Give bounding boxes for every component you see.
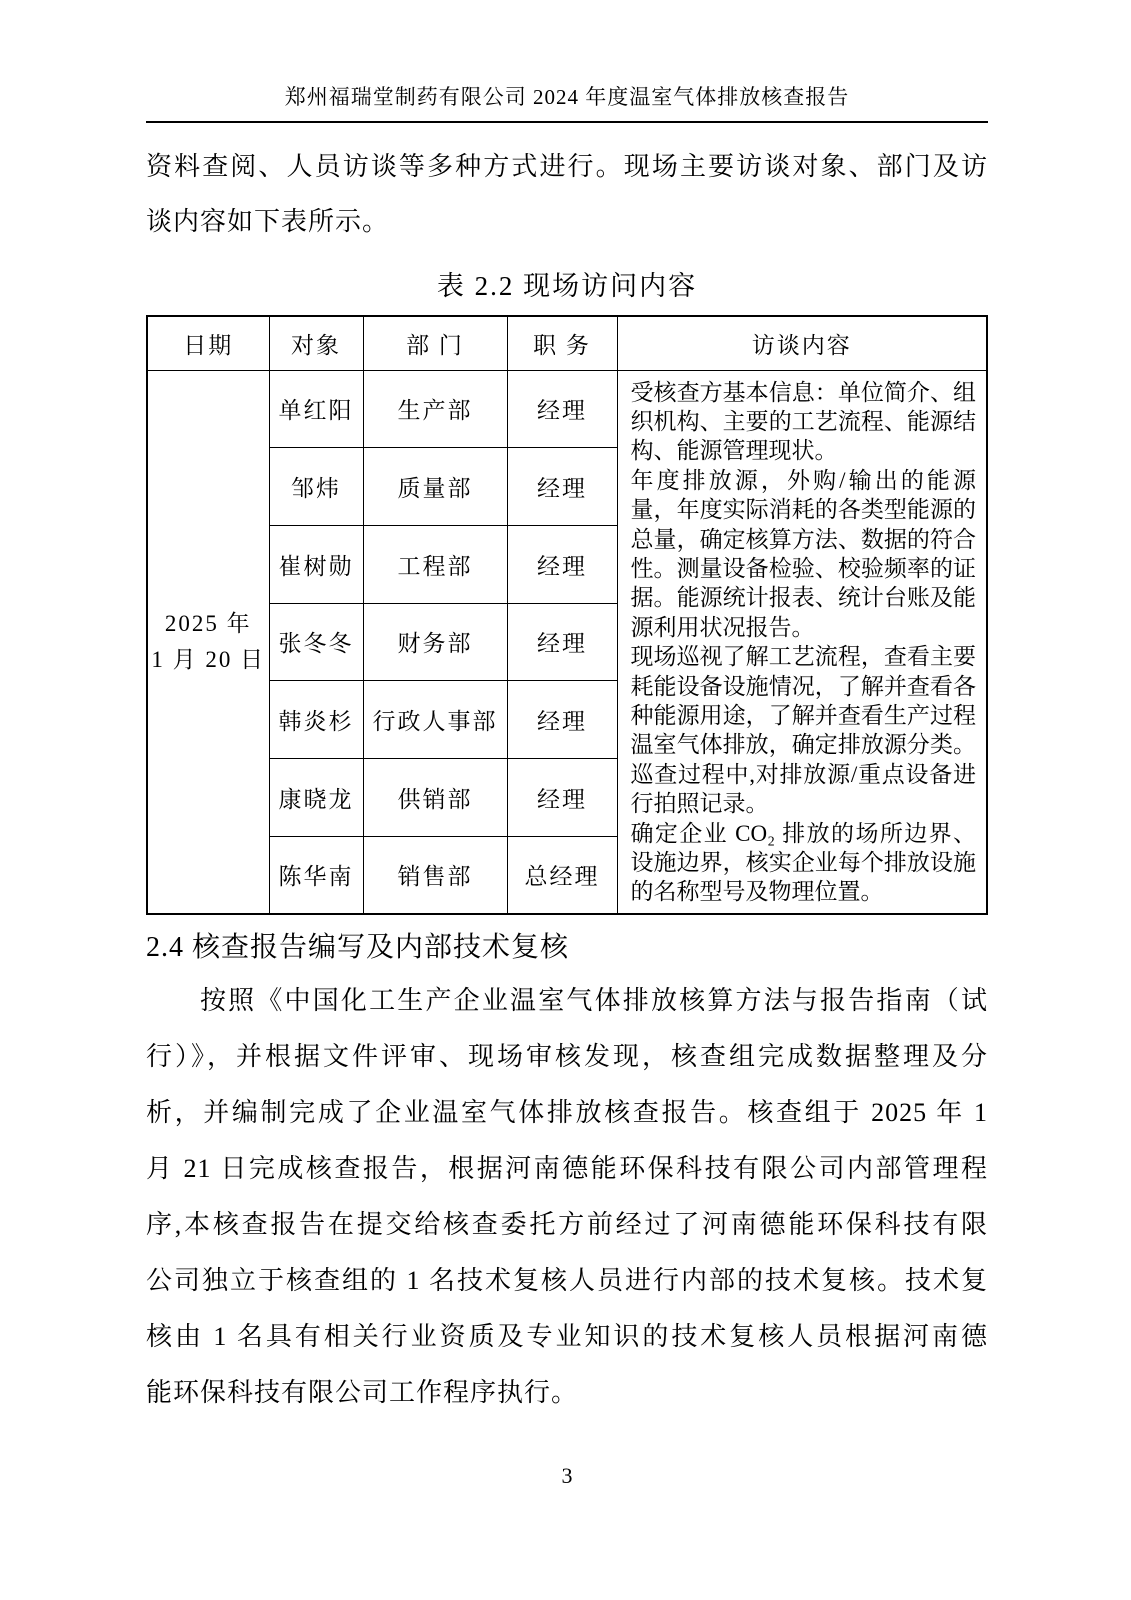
title-cell: 经理	[507, 758, 617, 836]
body-line: 月 21 日完成核查报告，根据河南德能环保科技有限公司内部管理程	[146, 1141, 988, 1197]
interview-paragraph-3: 现场巡视了解工艺流程，查看主要耗能设备设施情况，了解并查看各种能源用途，了解并查…	[631, 642, 977, 818]
intro-line-2: 谈内容如下表所示。	[146, 194, 988, 249]
dept-cell: 质量部	[363, 448, 507, 526]
title-cell: 经理	[507, 681, 617, 759]
date-line-2: 1 月 20 日	[148, 642, 269, 678]
person-cell: 张冬冬	[269, 603, 363, 681]
dept-cell: 供销部	[363, 758, 507, 836]
title-cell: 经理	[507, 603, 617, 681]
date-line-1: 2025 年	[148, 606, 269, 642]
person-cell: 崔树勋	[269, 525, 363, 603]
intro-line-1: 资料查阅、人员访谈等多种方式进行。现场主要访谈对象、部门及访	[146, 139, 988, 194]
person-cell: 陈华南	[269, 836, 363, 914]
visit-table: 日期 对象 部 门 职 务 访谈内容 2025 年 1 月 20 日 单红阳 生…	[146, 315, 988, 915]
body-line: 行）》，并根据文件评审、现场审核发现，核查组完成数据整理及分	[146, 1029, 988, 1085]
body-line: 能环保科技有限公司工作程序执行。	[146, 1365, 988, 1421]
section-paragraph: 按照《中国化工生产企业温室气体排放核算方法与报告指南（试 行）》，并根据文件评审…	[146, 973, 988, 1421]
body-line: 按照《中国化工生产企业温室气体排放核算方法与报告指南（试	[146, 973, 988, 1029]
title-cell: 经理	[507, 448, 617, 526]
dept-cell: 工程部	[363, 525, 507, 603]
table-header-row: 日期 对象 部 门 职 务 访谈内容	[147, 316, 987, 370]
dept-cell: 行政人事部	[363, 681, 507, 759]
page-content: 郑州福瑞堂制药有限公司 2024 年度温室气体排放核查报告 资料查阅、人员访谈等…	[146, 0, 988, 1489]
col-header-title: 职 务	[507, 316, 617, 370]
dept-cell: 财务部	[363, 603, 507, 681]
title-cell: 总经理	[507, 836, 617, 914]
section-heading: 2.4 核查报告编写及内部技术复核	[146, 931, 988, 965]
col-header-date: 日期	[147, 316, 269, 370]
person-cell: 邹炜	[269, 448, 363, 526]
person-cell: 康晓龙	[269, 758, 363, 836]
body-line: 公司独立于核查组的 1 名技术复核人员进行内部的技术复核。技术复	[146, 1253, 988, 1309]
interview-content-cell: 受核查方基本信息：单位简介、组织机构、主要的工艺流程、能源结构、能源管理现状。 …	[617, 370, 987, 914]
date-cell: 2025 年 1 月 20 日	[147, 370, 269, 914]
doc-header-title: 郑州福瑞堂制药有限公司 2024 年度温室气体排放核查报告	[146, 0, 988, 109]
body-line: 析，并编制完成了企业温室气体排放核查报告。核查组于 2025 年 1	[146, 1085, 988, 1141]
interview-paragraph-1: 受核查方基本信息：单位简介、组织机构、主要的工艺流程、能源结构、能源管理现状。	[631, 378, 977, 466]
body-line: 序,本核查报告在提交给核查委托方前经过了河南德能环保科技有限	[146, 1197, 988, 1253]
intro-paragraph: 资料查阅、人员访谈等多种方式进行。现场主要访谈对象、部门及访 谈内容如下表所示。	[146, 139, 988, 249]
person-cell: 韩炎杉	[269, 681, 363, 759]
interview-paragraph-2: 年度排放源，外购/输出的能源量，年度实际消耗的各类型能源的总量，确定核算方法、数…	[631, 466, 977, 642]
person-cell: 单红阳	[269, 370, 363, 448]
interview-paragraph-4: 确定企业 CO₂ 排放的场所边界、设施边界，核实企业每个排放设施的名称型号及物理…	[631, 819, 977, 907]
header-rule	[146, 121, 988, 123]
col-header-dept: 部 门	[363, 316, 507, 370]
col-header-content: 访谈内容	[617, 316, 987, 370]
dept-cell: 销售部	[363, 836, 507, 914]
title-cell: 经理	[507, 525, 617, 603]
table-row: 2025 年 1 月 20 日 单红阳 生产部 经理 受核查方基本信息：单位简介…	[147, 370, 987, 448]
col-header-person: 对象	[269, 316, 363, 370]
dept-cell: 生产部	[363, 370, 507, 448]
page-number: 3	[146, 1463, 988, 1489]
title-cell: 经理	[507, 370, 617, 448]
table-caption: 表 2.2 现场访问内容	[146, 269, 988, 303]
body-line: 核由 1 名具有相关行业资质及专业知识的技术复核人员根据河南德	[146, 1309, 988, 1365]
